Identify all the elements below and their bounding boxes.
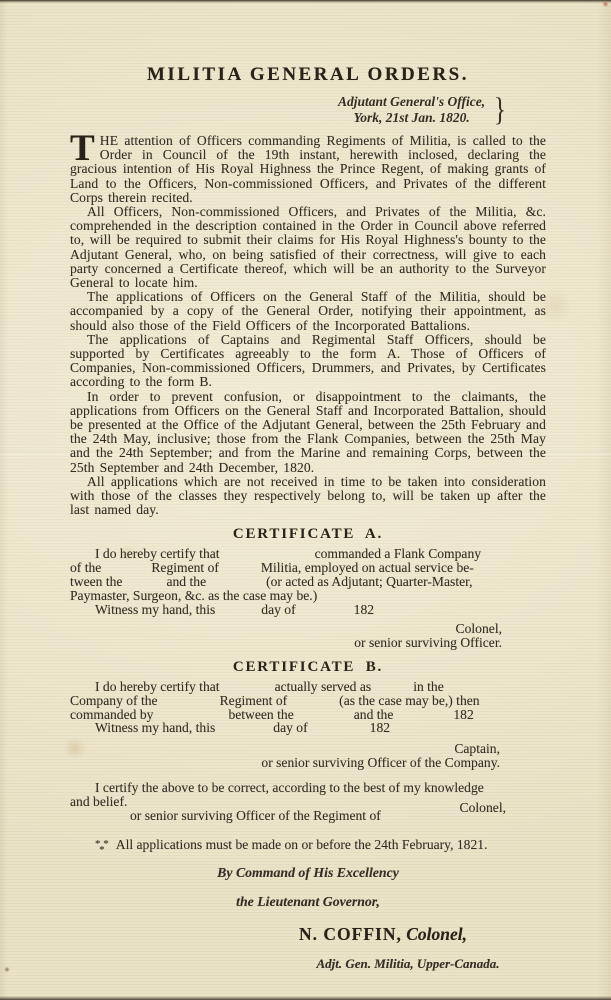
certificate-b-lines: I do hereby certify thatactually served … — [70, 680, 546, 735]
certificate-b-heading: CERTIFICATE B. — [70, 659, 546, 676]
document-title: MILITIA GENERAL ORDERS. — [70, 64, 546, 86]
certificate-a-line: of theRegiment ofMilitia, employed on ac… — [70, 561, 546, 575]
corner-speck — [602, 1, 609, 7]
dateline-date: York, 21st Jan. 1820. — [338, 110, 485, 126]
dateline-office: Adjutant General's Office, — [338, 94, 485, 110]
signatory-rank: Colonel, — [402, 924, 467, 944]
document-body: THE attention of Officers commanding Reg… — [70, 134, 546, 517]
paragraph: The applications of Captains and Regimen… — [70, 333, 546, 390]
footnote-text: All applications must be made on or befo… — [116, 837, 488, 853]
command-line2: the Lieutenant Governor, — [70, 894, 546, 910]
paragraph: All Officers, Non-commissioned Officers,… — [70, 205, 546, 290]
certificate-a: CERTIFICATE A. I do hereby certify thatc… — [70, 526, 546, 650]
paragraph: In order to prevent confusion, or disapp… — [70, 390, 546, 475]
signatory-name: N. COFFIN, — [299, 924, 402, 944]
paper-document: MILITIA GENERAL ORDERS. Adjutant General… — [0, 0, 611, 972]
command-line1: By Command of His Excellency — [70, 865, 546, 881]
certificate-b-line: I do hereby certify thatactually served … — [70, 680, 546, 694]
certificate-a-line: Witness my hand, thisday of182 — [70, 603, 546, 617]
paragraph: The applications of Officers on the Gene… — [70, 290, 546, 333]
scanned-page: MILITIA GENERAL ORDERS. Adjutant General… — [0, 0, 611, 1000]
certificate-a-lines: I do hereby certify thatcommanded a Flan… — [70, 547, 546, 616]
certificate-b-line: Company of theRegiment of(as the case ma… — [70, 694, 546, 708]
signatory-office: Adjt. Gen. Militia, Upper-Canada. — [70, 956, 546, 972]
dateline-brace: } — [494, 95, 506, 125]
command-block: By Command of His Excellency the Lieuten… — [70, 865, 546, 910]
attestation: I certify the above to be correct, accor… — [70, 781, 546, 824]
certificate-b-line: Witness my hand, thisday of182 — [70, 721, 546, 735]
certificate-a-line: tween theand the(or acted as Adjutant; Q… — [70, 575, 546, 589]
certificate-b-line: commanded bybetween theand the182 — [70, 708, 546, 722]
certificate-b: CERTIFICATE B. I do hereby certify thata… — [70, 659, 546, 770]
attestation-line1: I certify the above to be correct, accor… — [70, 781, 546, 795]
certificate-a-line: I do hereby certify thatcommanded a Flan… — [70, 547, 546, 561]
attestation-rank: Colonel, — [460, 801, 506, 815]
certificate-b-signature-line: or senior surviving Officer of the Compa… — [70, 756, 546, 770]
paragraph-opening: THE attention of Officers commanding Reg… — [70, 134, 546, 205]
edge-speck — [4, 967, 10, 972]
certificate-a-signature-rank: Colonel, — [70, 622, 546, 636]
certificate-a-heading: CERTIFICATE A. — [70, 526, 546, 543]
asterism-bottom: * — [99, 847, 105, 853]
dateline: Adjutant General's Office, York, 21st Ja… — [70, 94, 508, 125]
certificate-a-line: Paymaster, Surgeon, &c. as the case may … — [70, 589, 546, 603]
certificate-b-signature-rank: Captain, — [70, 742, 546, 756]
drop-cap: T — [70, 135, 95, 162]
paragraph: All applications which are not received … — [70, 475, 546, 518]
paragraph-opening-text: HE attention of Officers commanding Regi… — [70, 133, 546, 205]
signature-line: N. COFFIN, Colonel, — [70, 924, 546, 945]
footnote: * * * All applications must be made on o… — [95, 837, 546, 853]
asterism-mark: * * * — [95, 838, 109, 853]
certificate-a-signature-line: or senior surviving Officer. — [70, 636, 546, 650]
scan-edge-bottom — [0, 996, 611, 1000]
dateline-text: Adjutant General's Office, York, 21st Ja… — [338, 94, 485, 125]
